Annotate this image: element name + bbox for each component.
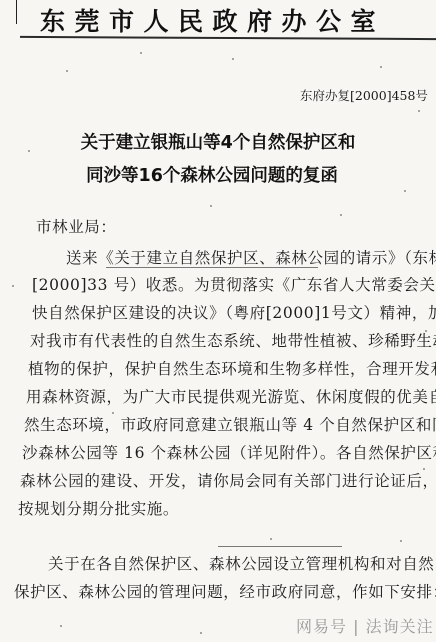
document-title-line-2: 同沙等16个森林公园问题的复函	[0, 162, 430, 187]
document-title-line-1: 关于建立银瓶山等4个自然保护区和	[0, 129, 436, 154]
addressee: 市林业局：	[36, 215, 117, 237]
speck	[200, 632, 202, 634]
speck	[232, 58, 234, 60]
body-line: 沙森林公园等 16 个森林公园（详见附件）。各自然保护区和	[22, 441, 436, 463]
body-line: [2000]33 号）收悉。为贯彻落实《广东省人大常委会关于加	[32, 273, 436, 295]
speck	[418, 110, 420, 112]
letterhead-issuer: 东莞市人民政府办公室	[40, 2, 430, 38]
speck	[12, 285, 14, 287]
speck	[340, 214, 342, 216]
body-line: 按规划分期分批实施。	[18, 497, 179, 519]
speck	[380, 66, 382, 68]
source-watermark: 网易号 | 法询关注	[296, 614, 434, 637]
speck	[270, 538, 272, 540]
body-line: 对我市有代表性的自然生态系统、地带性植被、珍稀野生动	[30, 329, 436, 351]
body-line: 保护区、森林公园的管理问题，经市政府同意，作如下安排：	[14, 580, 436, 602]
speck	[210, 205, 212, 207]
handwritten-underline	[106, 267, 318, 268]
speck	[66, 70, 68, 72]
body-line: 关于在各自然保护区、森林公园设立管理机构和对自然	[48, 552, 434, 574]
speck	[140, 52, 142, 54]
body-line: 快自然保护区建设的决议》（粤府[2000]1号文）精神，加强	[32, 301, 436, 323]
speck	[60, 625, 62, 627]
body-line: 用森林资源，为广大市民提供观光游览、休闲度假的优美自	[26, 385, 436, 407]
body-line: 森林公园的建设、开发，请你局会同有关部门进行论证后，	[20, 469, 436, 491]
body-line: 植物的保护，保护自然生态环境和生物多样性，合理开发利	[28, 357, 436, 379]
document-number: 东府办复[2000]458号	[300, 86, 428, 104]
body-line: 送来《关于建立自然保护区、森林公园的请示》（东林	[66, 246, 436, 268]
speck	[400, 540, 402, 542]
body-line: 然生态环境，市政府同意建立银瓶山等 4 个自然保护区和同	[24, 413, 436, 435]
speck	[404, 190, 406, 192]
handwritten-underline	[218, 546, 342, 547]
margin-mark	[16, 0, 17, 24]
